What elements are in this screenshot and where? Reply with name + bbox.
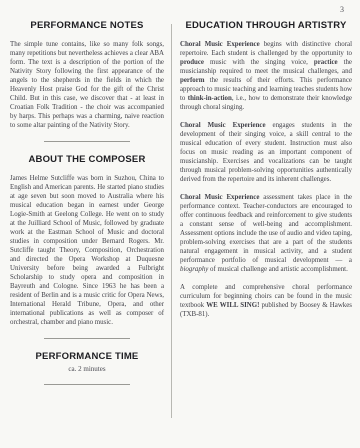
performance-notes-body: The simple tune contains, like so many f… [10,40,164,130]
education-paragraph: Choral Music Experience engages students… [180,121,352,184]
text-run: engages students in the development of t… [180,122,352,183]
text-run: produce [180,59,204,66]
about-composer-title: ABOUT THE COMPOSER [10,154,164,165]
performance-notes-title: PERFORMANCE NOTES [10,20,164,31]
education-paragraph: Choral Music Experience begins with dist… [180,40,352,112]
section-divider-rule [44,141,130,142]
education-paragraph: A complete and comprehensive choral perf… [180,283,352,319]
text-run: think-in-action [188,95,232,102]
text-run: music with the singing voice, [204,59,314,66]
text-run: Choral Music Experience [180,122,266,129]
about-composer-body: James Helme Sutcliffe was born in Suzhou… [10,174,164,327]
text-run: Choral Music Experience [180,41,260,48]
text-run: practice [314,59,338,66]
page-number: 3 [340,5,344,14]
section-divider-rule [44,338,130,339]
two-column-layout: PERFORMANCE NOTES The simple tune contai… [0,0,360,424]
text-run: perform [180,77,205,84]
performance-time-value: ca. 2 minutes [10,365,164,373]
education-artistry-title: EDUCATION THROUGH ARTISTRY [180,20,352,31]
text-run: WE WILL SING! [206,302,259,309]
performance-time-title: PERFORMANCE TIME [10,351,164,362]
left-column: PERFORMANCE NOTES The simple tune contai… [10,20,171,424]
text-run: of musical challenge and artistic accomp… [208,266,348,273]
education-paragraph: Choral Music Experience assessment takes… [180,193,352,274]
section-divider-rule [44,384,130,385]
text-run: biography [180,266,208,273]
text-run: Choral Music Experience [180,194,259,201]
document-page: 3 PERFORMANCE NOTES The simple tune cont… [0,0,360,448]
text-run: assessment takes place in the performanc… [180,194,352,264]
right-column: EDUCATION THROUGH ARTISTRY Choral Music … [172,20,352,424]
